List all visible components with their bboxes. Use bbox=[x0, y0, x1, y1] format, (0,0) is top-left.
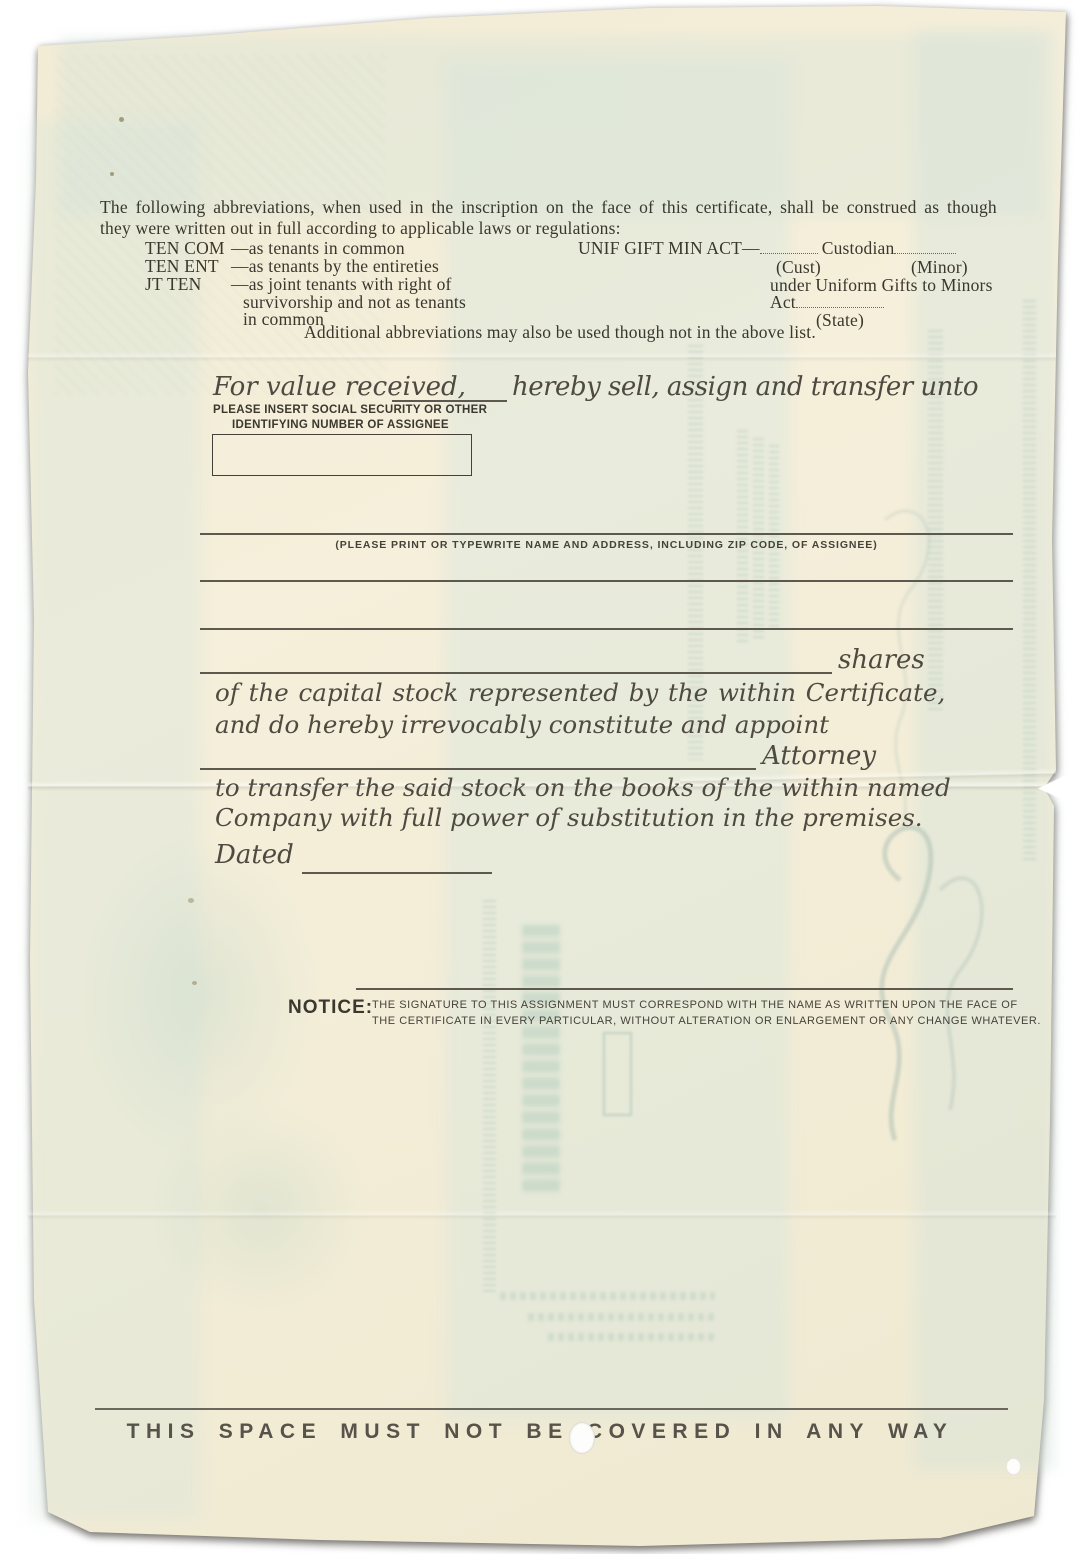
abbrev-term: JT TEN bbox=[145, 274, 231, 295]
foxing-spot bbox=[192, 981, 197, 985]
signature-line bbox=[356, 988, 1013, 990]
for-value-received-text: For value received, bbox=[213, 372, 466, 402]
custodian-label: Custodian bbox=[818, 238, 895, 258]
abbrev-dash: — bbox=[231, 238, 249, 258]
assignee-line-3 bbox=[200, 628, 1013, 630]
abbrev-footnote: Additional abbreviations may also be use… bbox=[240, 322, 880, 343]
punch-hole bbox=[1006, 1458, 1021, 1475]
abbrev-dash: — bbox=[231, 256, 249, 276]
footer-rule bbox=[95, 1408, 1008, 1410]
shares-fill-line bbox=[200, 672, 832, 674]
capital-stock-line: of the capital stock represented by the … bbox=[215, 678, 945, 707]
signer-fill-line bbox=[392, 400, 507, 402]
act-fill-line bbox=[796, 295, 884, 308]
notice-text-line2: THE CERTIFICATE IN EVERY PARTICULAR, WIT… bbox=[372, 1013, 1041, 1029]
abbrev-def: as tenants by the entireties bbox=[249, 256, 439, 276]
abbrev-def: as joint tenants with right of bbox=[249, 274, 452, 294]
custodian-fill-line bbox=[760, 241, 818, 254]
attorney-fill-line bbox=[200, 768, 756, 770]
assignee-line-1 bbox=[200, 533, 1013, 535]
punch-hole bbox=[569, 1422, 595, 1454]
ssn-label-line2: IDENTIFYING NUMBER OF ASSIGNEE bbox=[232, 419, 449, 431]
assignee-caption: (PLEASE PRINT OR TYPEWRITE NAME AND ADDR… bbox=[200, 539, 1013, 551]
dated-label: Dated bbox=[215, 840, 294, 870]
foxing-spot bbox=[119, 117, 124, 122]
abbrev-def: as tenants in common bbox=[249, 238, 405, 258]
company-line: Company with full power of substitution … bbox=[215, 803, 923, 832]
abbreviations-intro-line1: The following abbreviations, when used i… bbox=[100, 197, 1012, 218]
dated-fill-line bbox=[302, 872, 492, 874]
transfer-line: to transfer the said stock on the books … bbox=[215, 773, 951, 802]
custodian-fill-line bbox=[894, 241, 956, 254]
abbreviations-intro-line2: they were written out in full according … bbox=[100, 218, 621, 239]
sell-assign-transfer-text: hereby sell, assign and transfer unto bbox=[512, 372, 978, 402]
abbrev-unif-gift-row: UNIF GIFT MIN ACT—Custodian bbox=[578, 238, 956, 259]
ssn-label-line1: PLEASE INSERT SOCIAL SECURITY OR OTHER bbox=[213, 404, 487, 416]
scanned-stock-certificate-back: The following abbreviations, when used i… bbox=[0, 0, 1080, 1554]
act-label: Act bbox=[770, 292, 796, 312]
unif-gift-label: UNIF GIFT MIN ACT— bbox=[578, 238, 760, 258]
notice-text-line1: THE SIGNATURE TO THIS ASSIGNMENT MUST CO… bbox=[372, 997, 1018, 1013]
foxing-spot bbox=[188, 898, 194, 903]
attorney-label: Attorney bbox=[762, 741, 876, 771]
shares-label: shares bbox=[838, 645, 925, 675]
abbrev-dash: — bbox=[231, 274, 249, 294]
constitute-line: and do hereby irrevocably constitute and… bbox=[215, 710, 829, 739]
foxing-spot bbox=[110, 172, 114, 176]
ssn-box bbox=[212, 434, 472, 476]
footer-banner-text: THIS SPACE MUST NOT BE COVERED IN ANY WA… bbox=[0, 1420, 1080, 1444]
notice-label: NOTICE: bbox=[288, 997, 373, 1019]
assignee-line-2 bbox=[200, 580, 1013, 582]
